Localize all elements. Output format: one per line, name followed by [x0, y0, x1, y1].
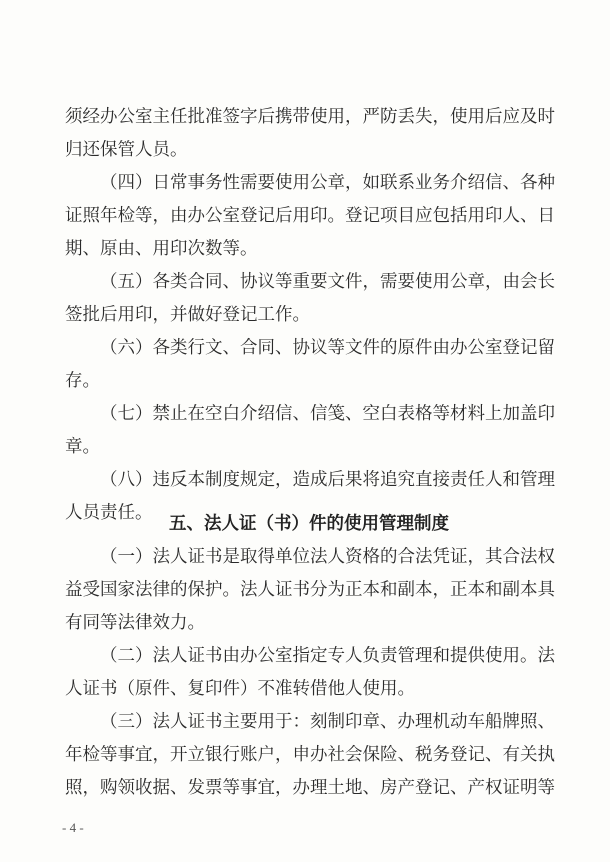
- paragraph-line: 签批后用印，并做好登记工作。: [65, 304, 555, 326]
- paragraph-line: （一）法人证书是取得单位法人资格的合法凭证，其合法权: [100, 546, 555, 568]
- paragraph-line: 期、原由、用印次数等。: [65, 238, 555, 260]
- paragraph-line: （二）法人证书由办公室指定专人负责管理和提供使用。法: [100, 645, 555, 667]
- paragraph-line: （八）违反本制度规定，造成后果将追究直接责任人和管理: [100, 469, 555, 491]
- paragraph-line: 存。: [65, 370, 555, 392]
- section-heading: 五、法人证（书）件的使用管理制度: [0, 513, 610, 535]
- paragraph-line: 人证书（原件、复印件）不准转借他人使用。: [65, 678, 555, 700]
- page-number: - 4 -: [62, 820, 84, 836]
- paragraph-line: 证照年检等，由办公室登记后用印。登记项目应包括用印人、日: [65, 205, 555, 227]
- paragraph-line: （五）各类合同、协议等重要文件，需要使用公章，由会长: [100, 271, 555, 293]
- paragraph-line: （四）日常事务性需要使用公章，如联系业务介绍信、各种: [100, 172, 555, 194]
- paragraph-line: 章。: [65, 436, 555, 458]
- paragraph-line: 年检等事宜，开立银行账户，申办社会保险、税务登记、有关执: [65, 744, 555, 766]
- paragraph-line: 须经办公室主任批准签字后携带使用，严防丢失，使用后应及时: [65, 106, 555, 128]
- paragraph-line: 归还保管人员。: [65, 139, 555, 161]
- document-page: 须经办公室主任批准签字后携带使用，严防丢失，使用后应及时 归还保管人员。 （四）…: [0, 0, 610, 862]
- paragraph-line: （六）各类行文、合同、协议等文件的原件由办公室登记留: [100, 337, 555, 359]
- paragraph-line: 有同等法律效力。: [65, 612, 555, 634]
- paragraph-line: 益受国家法律的保护。法人证书分为正本和副本，正本和副本具: [65, 579, 555, 601]
- paragraph-line: （七）禁止在空白介绍信、信笺、空白表格等材料上加盖印: [100, 403, 555, 425]
- paragraph-line: 照，购领收据、发票等事宜，办理土地、房产登记、产权证明等: [65, 777, 555, 799]
- paragraph-line: （三）法人证书主要用于：刻制印章、办理机动车船牌照、: [100, 711, 555, 733]
